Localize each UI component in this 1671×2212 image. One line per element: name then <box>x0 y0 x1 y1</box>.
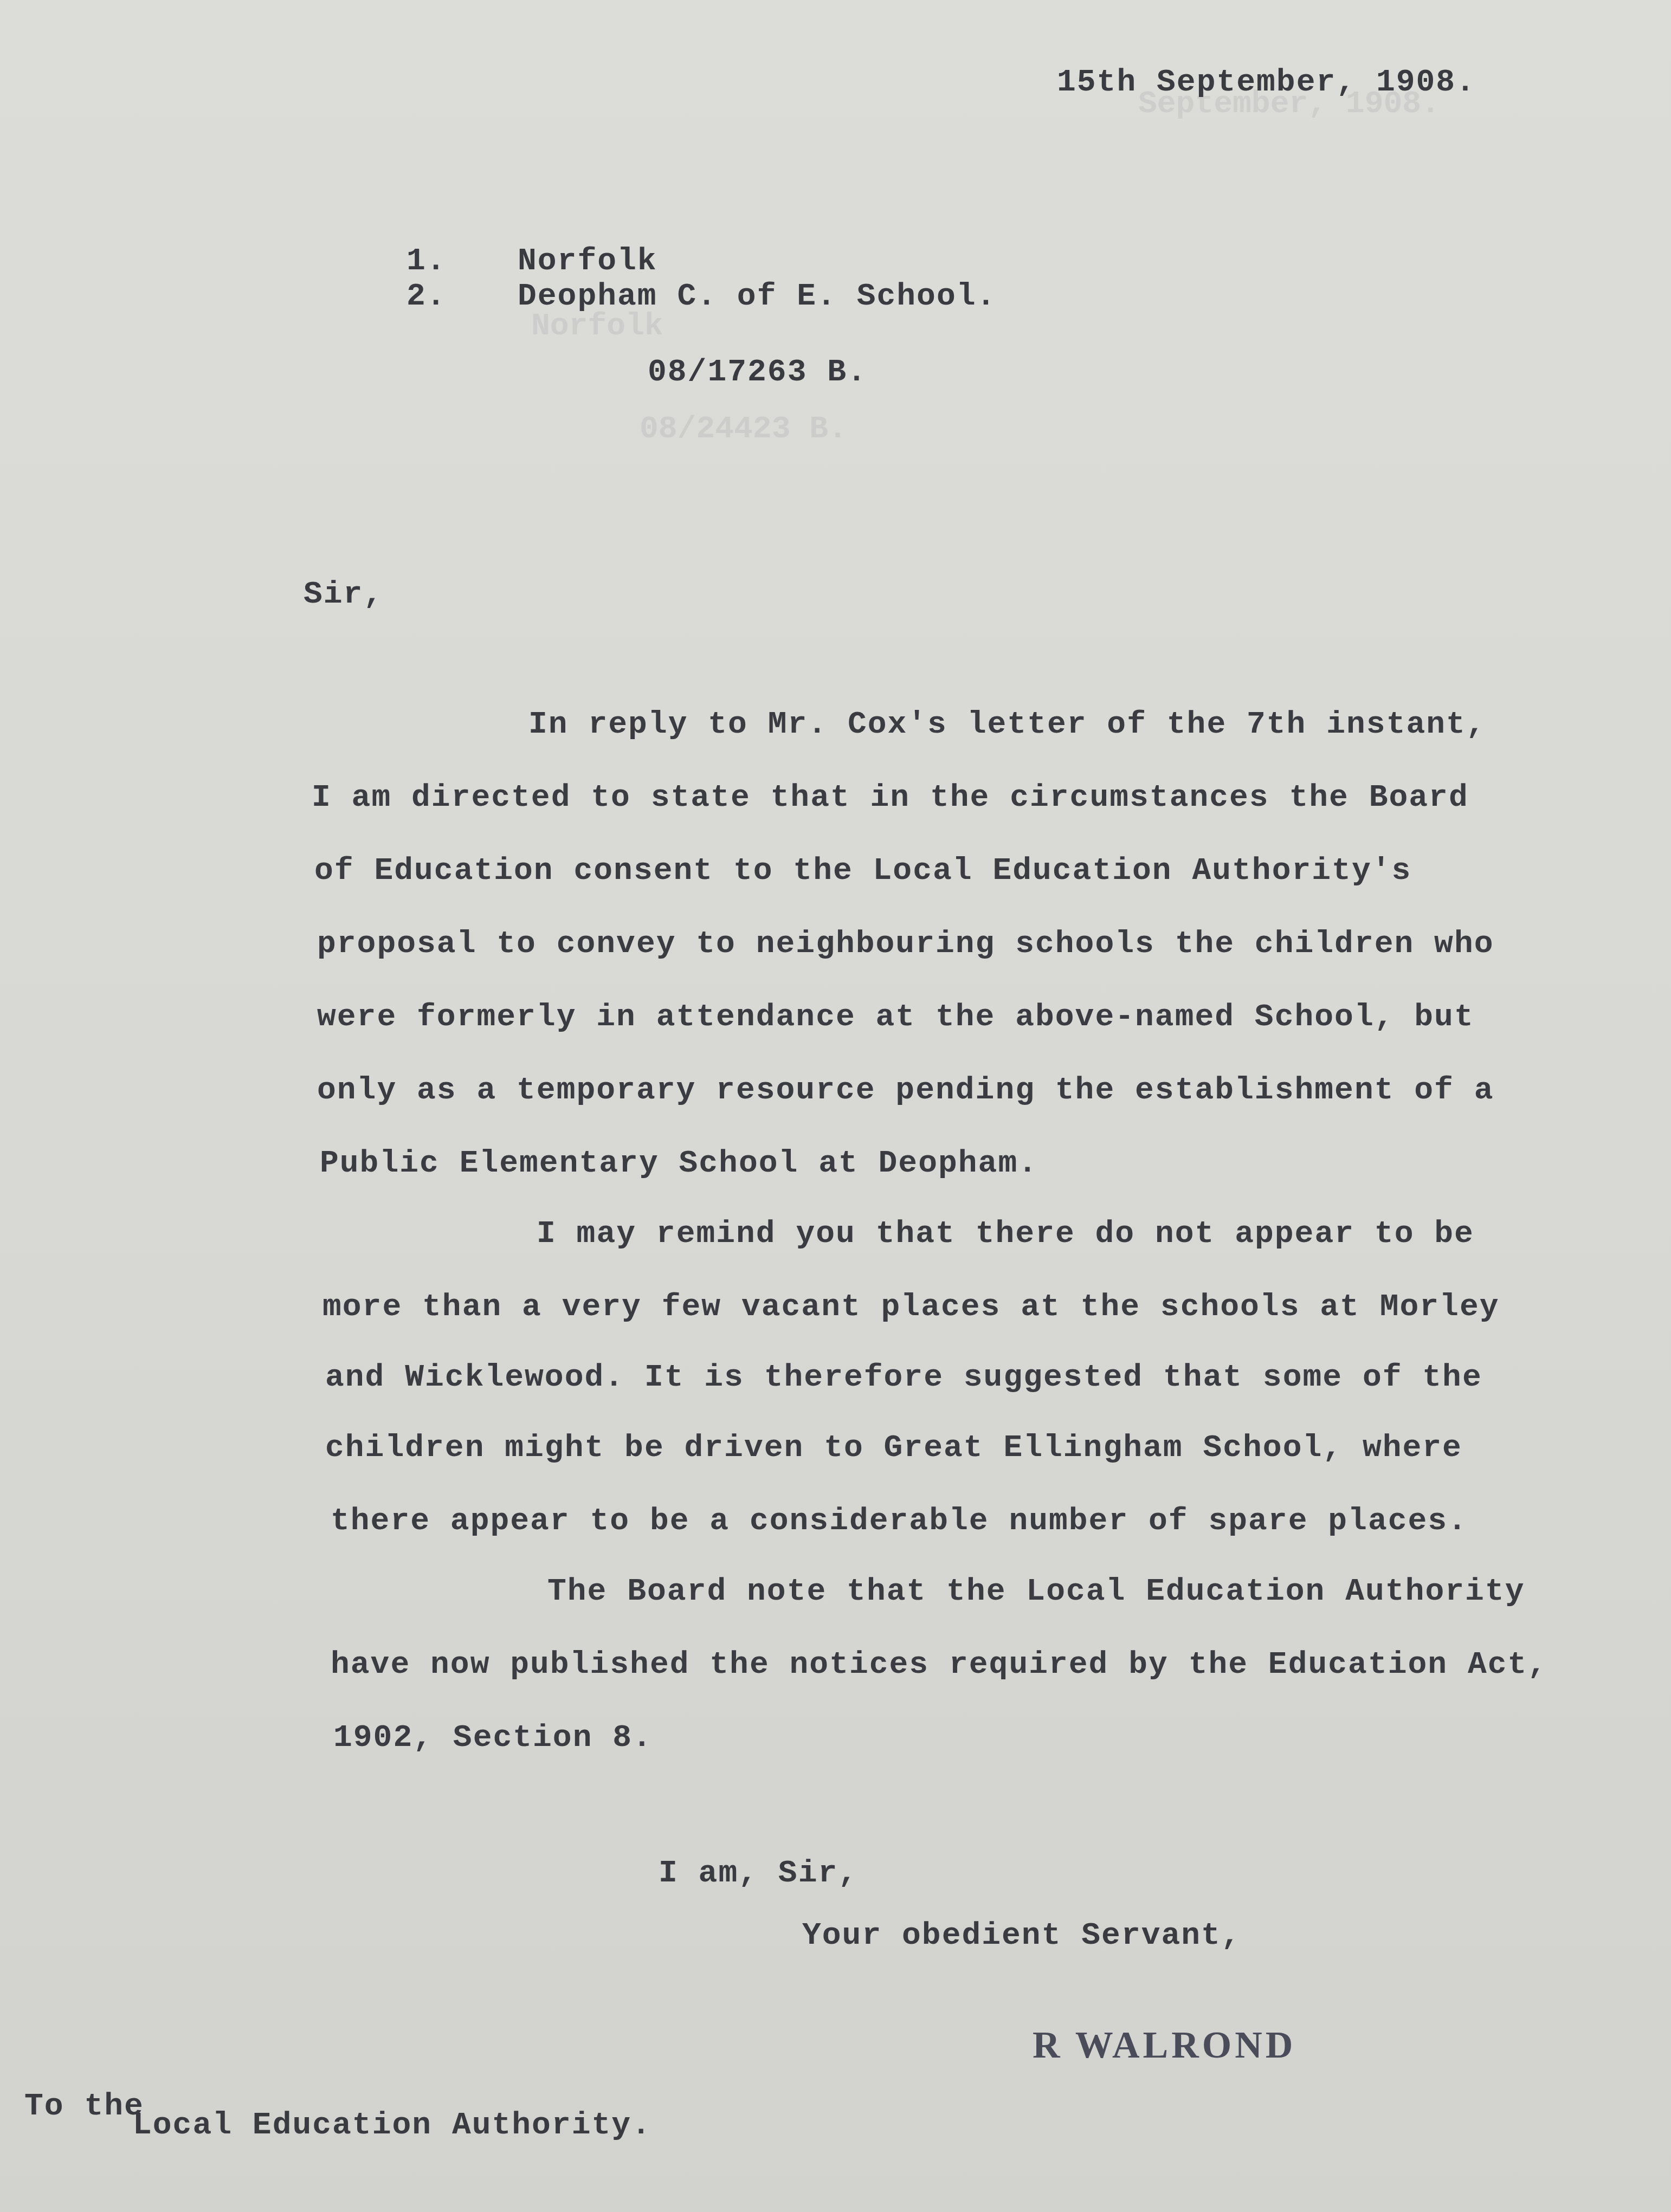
salutation: Sir, <box>304 577 383 612</box>
body-line: Public Elementary School at Deopham. <box>320 1146 1038 1181</box>
reference-text-1: Norfolk <box>518 244 657 279</box>
letter-date: 15th September, 1908. <box>1057 65 1476 100</box>
body-line: only as a temporary resource pending the… <box>317 1073 1494 1108</box>
body-line: children might be driven to Great Elling… <box>325 1431 1462 1466</box>
body-line: of Education consent to the Local Educat… <box>314 853 1411 889</box>
body-line: proposal to convey to neighbouring schoo… <box>317 927 1494 962</box>
reference-number-2: 2. <box>407 279 447 314</box>
body-line: 1902, Section 8. <box>333 1721 653 1756</box>
body-line: In reply to Mr. Cox's letter of the 7th … <box>528 707 1486 742</box>
addressee-line-1: To the <box>24 2089 144 2124</box>
reference-number-1: 1. <box>407 244 447 279</box>
closing-line-2: Your obedient Servant, <box>802 1918 1241 1954</box>
body-line: more than a very few vacant places at th… <box>322 1290 1500 1325</box>
body-line: The Board note that the Local Education … <box>547 1574 1525 1609</box>
body-line: and Wicklewood. It is therefore suggeste… <box>325 1360 1482 1395</box>
file-number: 08/17263 B. <box>648 355 867 390</box>
show-through-text: 08/24423 B. <box>640 412 847 447</box>
closing-line-1: I am, Sir, <box>659 1856 858 1891</box>
reference-text-2: Deopham C. of E. School. <box>518 279 996 314</box>
body-line: there appear to be a considerable number… <box>331 1504 1468 1539</box>
body-line: I may remind you that there do not appea… <box>537 1217 1474 1252</box>
body-line: have now published the notices required … <box>331 1647 1547 1683</box>
signature-stamp: R WALROND <box>1033 2024 1296 2067</box>
body-line: I am directed to state that in the circu… <box>312 780 1469 816</box>
body-line: were formerly in attendance at the above… <box>317 1000 1474 1035</box>
addressee-line-2: Local Education Authority. <box>133 2108 651 2143</box>
